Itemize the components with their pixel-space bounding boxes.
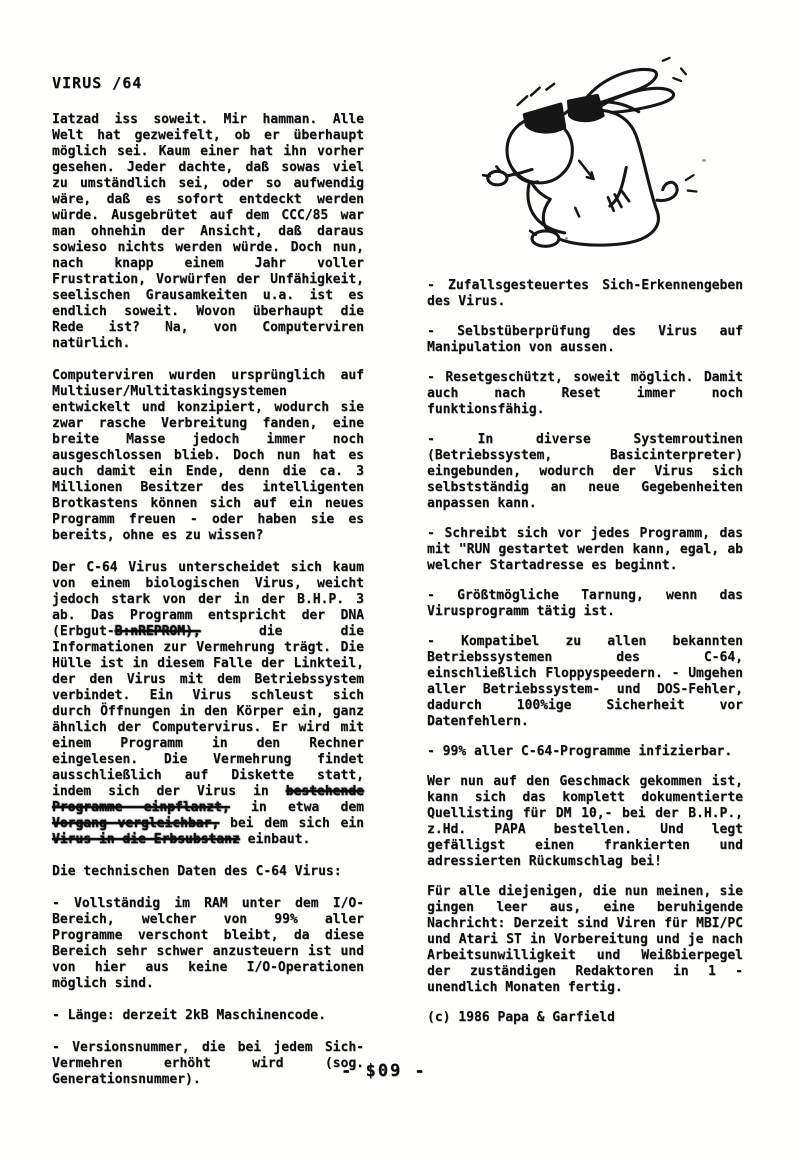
paragraph-segment: die die Informationen zur Vermehrung trä… [52, 624, 364, 799]
article-title: VIRUS /64 [52, 74, 364, 92]
tech-data-heading: Die technischen Daten des C-64 Virus: [52, 864, 364, 880]
paragraph-segment: in etwa dem [230, 800, 364, 815]
biology-comparison-paragraph: Der C-64 Virus unterscheidet sich kaum v… [52, 560, 364, 848]
scan-speck [702, 159, 706, 162]
right-column: - Zufallsgesteuertes Sich-Erkennengeben … [427, 54, 743, 1026]
overstruck-text: Vorgang vergleichbar, [52, 816, 219, 831]
page-number: - $09 - [341, 1060, 427, 1082]
copyright-line: (c) 1986 Papa & Garfield [427, 1010, 743, 1026]
feature-bullet-reset: - Resetgeschützt, soweit möglich. Damit … [427, 370, 743, 418]
feature-bullet-systemroutines: - In diverse Systemroutinen (Betriebssys… [427, 432, 743, 512]
paragraph-segment: bei dem sich ein [219, 816, 364, 831]
order-paragraph: Wer nun auf den Geschmack gekommen ist, … [427, 774, 743, 870]
intro-paragraph: Iatzad iss soweit. Mir hamman. Alle Welt… [52, 112, 364, 352]
origin-paragraph: Computerviren wurden ursprünglich auf Mu… [52, 368, 364, 544]
scan-speck [565, 237, 568, 240]
feature-bullet-infectable: - 99% aller C-64-Programme infizierbar. [427, 744, 743, 760]
feature-bullet-recognition: - Zufallsgesteuertes Sich-Erkennengeben … [427, 278, 743, 310]
left-column: VIRUS /64 Iatzad iss soweit. Mir hamman.… [52, 74, 364, 1088]
outlook-paragraph: Für alle diejenigen, die nun meinen, sie… [427, 884, 743, 996]
paragraph-segment: einbaut. [240, 832, 310, 847]
tech-bullet-length: - Länge: derzeit 2kB Maschinencode. [52, 1008, 364, 1024]
overstruck-text: B:nREPROM), [115, 624, 201, 639]
feature-bullet-selfcheck: - Selbstüberprüfung des Virus auf Manipu… [427, 324, 743, 356]
sunglasses-creature-illustration [482, 54, 732, 256]
virus-mascot-cartoon [427, 54, 743, 262]
feature-bullet-stealth: - Größtmögliche Tarnung, wenn das Virusp… [427, 588, 743, 620]
feature-bullet-run: - Schreibt sich vor jedes Programm, das … [427, 526, 743, 574]
scanned-zine-page: { "page": { "footer": "- $09 -" }, "arti… [0, 0, 800, 1157]
tech-bullet-ram: - Vollständig im RAM unter dem I/O-Berei… [52, 896, 364, 992]
tech-bullet-version: - Versionsnummer, die bei jedem Sich-Ver… [52, 1040, 364, 1088]
overstruck-text: Virus in die Erbsubstanz [52, 832, 240, 847]
feature-bullet-compatibility: - Kompatibel zu allen bekannten Betriebs… [427, 634, 743, 730]
